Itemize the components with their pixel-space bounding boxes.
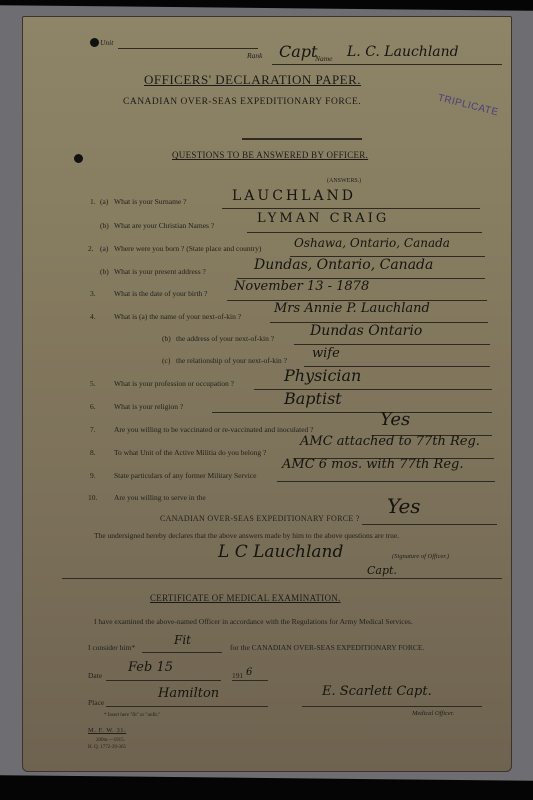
- punch-hole: [74, 154, 83, 163]
- q4b-answer: Dundas Ontario: [310, 323, 422, 339]
- q3-question: What is the date of your birth ?: [114, 289, 208, 298]
- q1a-question: What is your Surname ?: [114, 197, 186, 206]
- medical-heading: CERTIFICATE OF MEDICAL EXAMINATION.: [150, 593, 341, 603]
- answers-label: (ANSWERS.): [327, 178, 361, 184]
- fitness-value: Fit: [174, 633, 191, 647]
- place-value: Hamilton: [158, 686, 219, 701]
- medical-officer-label: Medical Officer.: [412, 710, 454, 717]
- declaration-text: The undersigned hereby declares that the…: [80, 531, 492, 540]
- signature-label: (Signature of Officer.): [392, 553, 449, 560]
- rank-value: Capt: [279, 42, 317, 61]
- answer-line: [222, 208, 480, 209]
- q2a-answer: Oshawa, Ontario, Canada: [294, 236, 450, 250]
- q7-question: Are you willing to be vaccinated or re-v…: [114, 425, 314, 434]
- q4-number: 4.: [90, 312, 96, 321]
- q2a-number: 2.: [88, 244, 94, 253]
- unit-line: [118, 48, 258, 49]
- form-subtitle: CANADIAN OVER-SEAS EXPEDITIONARY FORCE.: [123, 97, 361, 107]
- answer-line: [247, 232, 482, 233]
- q6-answer: Baptist: [284, 389, 342, 408]
- answer-line: [212, 412, 492, 413]
- answer-line: [362, 524, 497, 525]
- q1a-sub: (a): [100, 197, 108, 206]
- q9-number: 9.: [90, 471, 96, 480]
- q4b-question: the address of your next-of-kin ?: [176, 334, 274, 343]
- medical-officer-signature: E. Scarlett Capt.: [322, 684, 432, 699]
- signature-rank: Capt.: [367, 564, 397, 577]
- q10-question: Are you willing to serve in the: [114, 493, 206, 502]
- q4a-question: What is (a) the name of your next-of-kin…: [114, 312, 241, 321]
- q2a-sub: (a): [100, 244, 108, 253]
- fitness-line: [142, 652, 222, 653]
- date-line: [106, 680, 221, 681]
- name-line: [272, 64, 502, 65]
- form-title: OFFICERS' DECLARATION PAPER.: [144, 72, 361, 88]
- q8-question: To what Unit of the Active Militia do yo…: [114, 448, 266, 457]
- form-code: M. F. W. 31.: [88, 727, 126, 734]
- name-label: Name: [315, 54, 333, 63]
- q7-answer: Yes: [380, 409, 410, 430]
- q2b-sub: (b): [100, 267, 109, 276]
- year-line: [232, 680, 268, 681]
- print-info-2: H. Q. 1772-39-365: [88, 745, 126, 750]
- officer-signature: L C Lauchland: [218, 542, 343, 562]
- title-rule: [242, 138, 362, 140]
- q10-number: 10.: [88, 493, 97, 502]
- q1a-answer: LAUCHLAND: [232, 188, 356, 204]
- section-divider: [62, 578, 502, 579]
- punch-hole: [90, 38, 99, 47]
- answer-line: [294, 344, 490, 345]
- triplicate-stamp: TRIPLICATE: [437, 93, 500, 119]
- q6-number: 6.: [90, 402, 96, 411]
- q8-number: 8.: [90, 448, 96, 457]
- medical-statement: I have examined the above-named Officer …: [80, 617, 492, 626]
- q1b-sub: (b): [100, 221, 109, 230]
- q9-question: State particulars of any former Military…: [114, 471, 256, 480]
- q1a-number: 1.: [90, 197, 96, 206]
- q2b-answer: Dundas, Ontario, Canada: [254, 257, 433, 273]
- q2b-question: What is your present address ?: [114, 267, 206, 276]
- medical-officer-line: [302, 706, 482, 707]
- answer-line: [277, 481, 495, 482]
- officers-declaration-paper: Unit Rank Capt Name L. C. Lauchland OFFI…: [22, 16, 512, 772]
- q4c-sub: (c): [162, 356, 170, 365]
- q4b-sub: (b): [162, 334, 171, 343]
- date-label: Date: [88, 671, 102, 680]
- consider-suffix: for the CANADIAN OVER-SEAS EXPEDITIONARY…: [230, 643, 424, 652]
- year-suffix: 6: [246, 667, 252, 678]
- q2a-question: Where were you born ? (State place and c…: [114, 244, 261, 253]
- q4a-answer: Mrs Annie P. Lauchland: [274, 301, 430, 316]
- q6-question: What is your religion ?: [114, 402, 183, 411]
- footnote: * Insert here "fit" or "unfit.": [104, 713, 160, 718]
- q1b-question: What are your Christian Names ?: [114, 221, 214, 230]
- name-value: L. C. Lauchland: [347, 44, 459, 60]
- unit-label: Unit: [100, 38, 113, 47]
- q8-answer: AMC attached to 77th Reg.: [300, 434, 480, 449]
- q10-force-label: CANADIAN OVER-SEAS EXPEDITIONARY FORCE ?: [160, 514, 360, 523]
- date-value: Feb 15: [128, 660, 173, 675]
- place-line: [106, 706, 268, 707]
- questions-heading: QUESTIONS TO BE ANSWERED BY OFFICER.: [172, 150, 368, 160]
- rank-label: Rank: [247, 51, 262, 60]
- print-info-1: 200m.—1915.: [96, 738, 125, 743]
- q3-answer: November 13 - 1878: [234, 279, 369, 294]
- q7-number: 7.: [90, 425, 96, 434]
- q3-number: 3.: [90, 289, 96, 298]
- q5-number: 5.: [90, 379, 96, 388]
- q10-answer: Yes: [387, 494, 421, 518]
- consider-label: I consider him*: [88, 643, 135, 652]
- q4c-answer: wife: [312, 346, 340, 361]
- q1b-answer: LYMAN CRAIG: [257, 211, 389, 226]
- q9-answer: AMC 6 mos. with 77th Reg.: [282, 457, 464, 472]
- year-prefix: 191: [232, 671, 243, 680]
- q5-answer: Physician: [284, 366, 361, 385]
- q4c-question: the relationship of your next-of-kin ?: [176, 356, 287, 365]
- place-label: Place: [88, 698, 104, 707]
- q5-question: What is your profession or occupation ?: [114, 379, 234, 388]
